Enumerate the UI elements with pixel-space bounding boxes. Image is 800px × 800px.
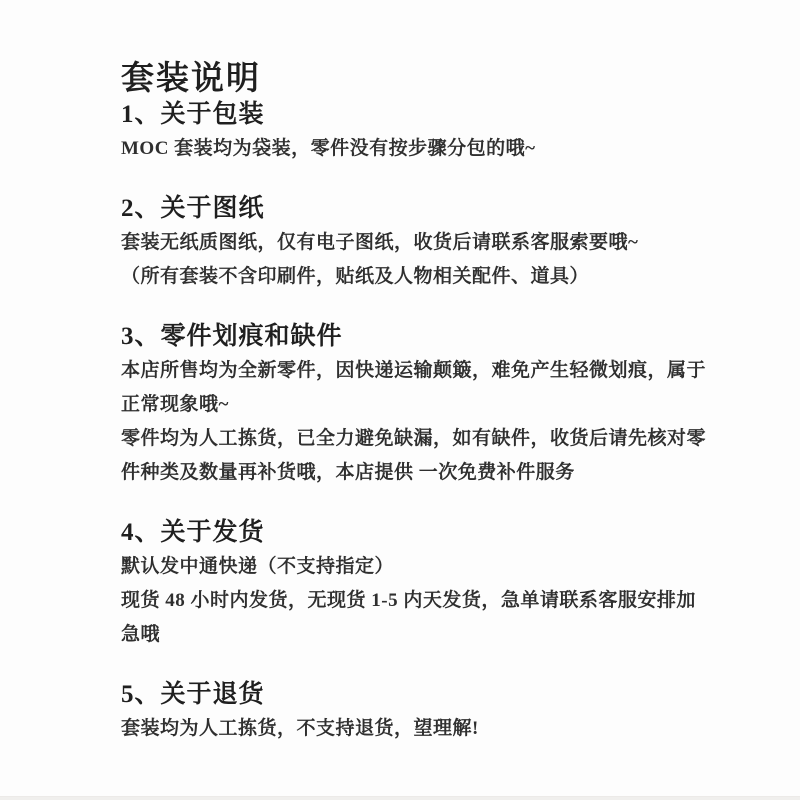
- section-packaging: 1、关于包装 MOC 套装均为袋装，零件没有按步骤分包的哦~: [121, 98, 701, 166]
- section-heading: 2、关于图纸: [121, 192, 701, 226]
- section-heading: 3、零件划痕和缺件: [121, 320, 701, 354]
- body-line: 套装无纸质图纸，仅有电子图纸，收货后请联系客服索要哦~: [121, 226, 701, 260]
- body-line: （所有套装不含印刷件，贴纸及人物相关配件、道具）: [121, 260, 701, 294]
- body-line: 件种类及数量再补货哦，本店提供 一次免费补件服务: [121, 456, 701, 490]
- bottom-edge-strip: [0, 796, 800, 800]
- section-heading: 5、关于退货: [121, 678, 701, 712]
- body-line: 急哦: [121, 618, 701, 652]
- body-line: 现货 48 小时内发货，无现货 1-5 内天发货，急单请联系客服安排加: [121, 584, 701, 618]
- page-title: 套装说明: [121, 60, 701, 98]
- document-content: 套装说明 1、关于包装 MOC 套装均为袋装，零件没有按步骤分包的哦~ 2、关于…: [121, 52, 701, 746]
- body-line: 默认发中通快递（不支持指定）: [121, 550, 701, 584]
- document-page: 套装说明 1、关于包装 MOC 套装均为袋装，零件没有按步骤分包的哦~ 2、关于…: [0, 0, 800, 800]
- body-line: MOC 套装均为袋装，零件没有按步骤分包的哦~: [121, 132, 701, 166]
- section-drawings: 2、关于图纸 套装无纸质图纸，仅有电子图纸，收货后请联系客服索要哦~ （所有套装…: [121, 192, 701, 294]
- body-line: 零件均为人工拣货，已全力避免缺漏，如有缺件，收货后请先核对零: [121, 422, 701, 456]
- section-heading: 4、关于发货: [121, 516, 701, 550]
- body-line: 本店所售均为全新零件，因快递运输颠簸，难免产生轻微划痕，属于: [121, 354, 701, 388]
- section-shipping: 4、关于发货 默认发中通快递（不支持指定） 现货 48 小时内发货，无现货 1-…: [121, 516, 701, 652]
- body-line: 套装均为人工拣货，不支持退货，望理解!: [121, 712, 701, 746]
- section-returns: 5、关于退货 套装均为人工拣货，不支持退货，望理解!: [121, 678, 701, 746]
- section-scratches-missing-parts: 3、零件划痕和缺件 本店所售均为全新零件，因快递运输颠簸，难免产生轻微划痕，属于…: [121, 320, 701, 490]
- body-line: 正常现象哦~: [121, 388, 701, 422]
- section-heading: 1、关于包装: [121, 98, 701, 132]
